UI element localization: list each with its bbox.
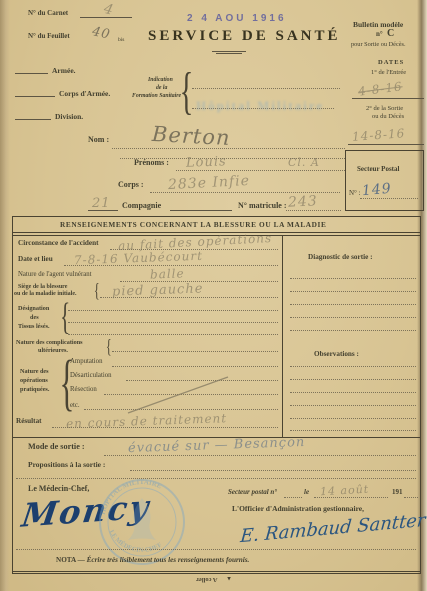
hospital-round-stamp: HÔPITAL MILITAIRE LE MÉDECIN-CHEF — [99, 478, 184, 564]
nota-text: — Écrire très lisiblement tous les rense… — [78, 556, 250, 564]
stamp-top-text: HÔPITAL MILITAIRE — [99, 478, 164, 515]
stamp-emblem — [128, 498, 156, 540]
nota-line: NOTA — Écrire très lisiblement tous les … — [56, 556, 249, 564]
pencil-slash-stroke — [128, 377, 228, 413]
table-bottom-rule — [12, 571, 420, 572]
footer-rule — [16, 549, 416, 550]
nota-label: NOTA — [56, 556, 76, 564]
round-stamp-svg: HÔPITAL MILITAIRE LE MÉDECIN-CHEF — [0, 0, 427, 591]
coller-arrow-icon: ▲ — [226, 575, 232, 581]
svg-text:HÔPITAL MILITAIRE: HÔPITAL MILITAIRE — [99, 478, 164, 515]
coller-text: A coller — [196, 576, 217, 583]
document-page: N° du Carnet 4 N° du Feuillet 40 bis 2 4… — [0, 0, 427, 591]
